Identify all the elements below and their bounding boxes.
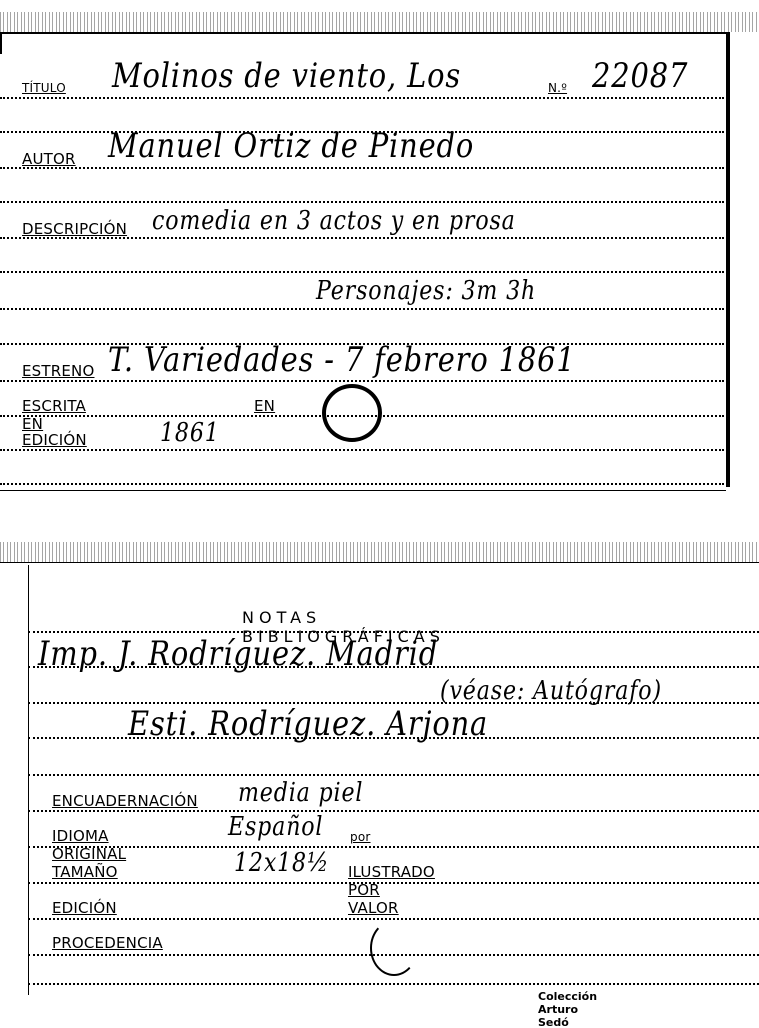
ruled-line <box>28 846 759 848</box>
library-stamp-circle-partial <box>370 920 418 976</box>
por-label: por <box>350 830 371 844</box>
estreno-value: T. Variedades - 7 febrero 1861 <box>108 340 576 380</box>
numero-value: 22087 <box>592 56 688 96</box>
numero-label: N.º <box>548 81 567 95</box>
card-top-border <box>0 562 759 563</box>
card-left-edge <box>0 32 2 54</box>
autor-label: AUTOR <box>22 150 76 168</box>
scan-edge-noise-top <box>0 12 759 32</box>
card-bottom-border <box>0 490 726 491</box>
descripcion-label: DESCRIPCIÓN <box>22 220 127 238</box>
estreno-label: ESTRENO <box>22 362 95 380</box>
autor-value: Manuel Ortiz de Pinedo <box>108 126 474 166</box>
note-line-2: Esti. Rodríguez. Arjona <box>128 704 488 744</box>
card-right-border <box>726 32 730 487</box>
card-top-border <box>0 32 728 34</box>
ruled-line <box>0 271 724 273</box>
tamano-label: TAMAÑO <box>52 863 118 881</box>
titulo-value: Molinos de viento, Los <box>112 56 461 96</box>
titulo-label: TÍTULO <box>22 81 66 95</box>
card-left-border <box>28 565 29 995</box>
ruled-line <box>0 308 724 310</box>
edicion-label-bottom: EDICIÓN <box>52 899 117 917</box>
ruled-line <box>28 810 759 812</box>
edicion-label: EDICIÓN <box>22 431 87 449</box>
library-stamp-circle <box>322 384 382 442</box>
procedencia-label: PROCEDENCIA <box>52 934 163 952</box>
note-line-1: Imp. J. Rodríguez. Madrid <box>38 634 438 674</box>
ruled-line <box>0 167 724 169</box>
en-label: EN <box>254 397 275 415</box>
descripcion-value-line2: Personajes: 3m 3h <box>316 276 536 306</box>
idioma-original-value: Español <box>228 812 323 842</box>
idioma-original-label: IDIOMA ORIGINAL <box>52 827 126 863</box>
ruled-line <box>0 201 724 203</box>
ruled-line <box>28 774 759 776</box>
ruled-line <box>28 983 759 985</box>
ruled-line <box>0 380 724 382</box>
valor-label: VALOR <box>348 899 399 917</box>
ruled-line <box>28 631 759 633</box>
ruled-line <box>0 483 724 485</box>
note-line-3: (véase: Autógrafo) <box>440 676 662 706</box>
scan-edge-noise-bottom <box>0 542 759 562</box>
collection-credit: Colección Arturo Sedó <box>538 990 597 1028</box>
ilustrado-por-label: ILUSTRADO POR <box>348 863 435 899</box>
ruled-line <box>0 449 724 451</box>
encuadernacion-label: ENCUADERNACIÓN <box>52 792 198 810</box>
descripcion-value: comedia en 3 actos y en prosa <box>152 206 516 236</box>
ruled-line <box>0 97 724 99</box>
encuadernacion-value: media piel <box>238 778 363 808</box>
escrita-en-label: ESCRITA EN <box>22 397 86 433</box>
tamano-value: 12x18½ <box>234 848 329 878</box>
edicion-value: 1861 <box>160 418 220 448</box>
